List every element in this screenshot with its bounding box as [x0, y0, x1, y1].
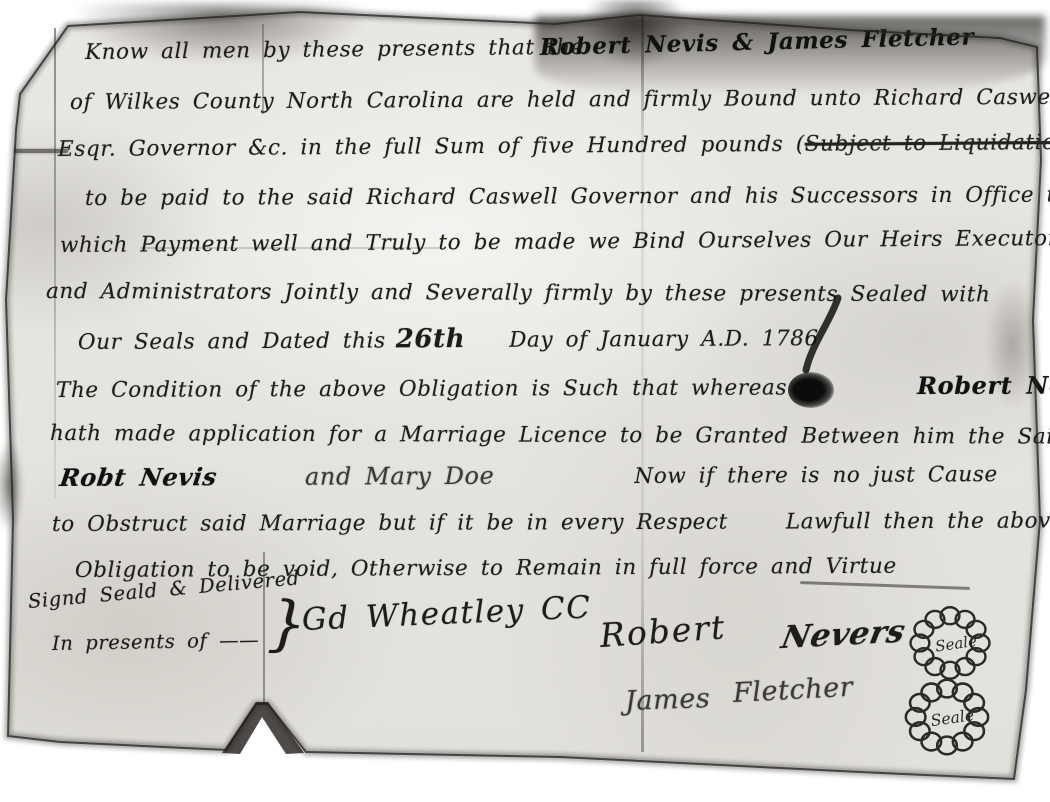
bond-day-number: 26th	[396, 324, 466, 354]
bond-date-text: Day of January A.D. 1786	[509, 326, 819, 353]
bond-line-3-text: Esqr. Governor &c. in the full Sum of fi…	[58, 132, 805, 162]
no-just-cause-text: Now if there is no just Cause	[634, 462, 998, 489]
groom-name-condition: Robert Nevis	[917, 370, 1050, 400]
dated-this-text: Our Seals and Dated this	[78, 328, 386, 355]
bond-line-7: Our Seals and Dated this26thDay of Janua…	[78, 322, 819, 356]
seal-2-label: Seale	[929, 705, 975, 730]
document-scan: Know all men by these presents that the …	[0, 0, 1050, 802]
bond-line-6: and Administrators Jointly and Severally…	[46, 279, 991, 307]
bond-line-1: Know all men by these presents that the	[85, 35, 584, 65]
bond-line-4: to be paid to the said Richard Caswell G…	[85, 183, 1050, 211]
in-presents-of-text: In presents of ——	[52, 628, 260, 655]
seal-1-label: Seale	[934, 632, 978, 656]
struck-out-clause: Subject to Liquidation	[805, 130, 1050, 157]
bride-name: and Mary Doe	[305, 462, 495, 491]
lawfull-clause-text: Lawfull then the above	[786, 508, 1050, 534]
condition-clause-text: The Condition of the above Obligation is…	[56, 375, 787, 403]
bond-line-10: Robt Nevisand Mary DoeNow if there is no…	[60, 458, 998, 492]
line10-gap-2	[494, 483, 634, 484]
bond-line-2: of Wilkes County North Carolina are held…	[70, 85, 1050, 115]
bond-line-8: The Condition of the above Obligation is…	[56, 370, 1050, 403]
signature-fletcher: Fletcher	[732, 672, 854, 709]
groom-name: Robt Nevis	[58, 462, 219, 492]
signature-james: James	[624, 683, 710, 717]
signature-nevers-scrawl: Nevers	[778, 613, 908, 656]
bond-line-1-text: Know all men by these presents that the	[85, 35, 584, 65]
bond-line-9: hath made application for a Marriage Lic…	[50, 421, 1050, 450]
bond-line-11: to Obstruct said Marriage but if it be i…	[52, 508, 1050, 537]
obstruct-clause-text: to Obstruct said Marriage but if it be i…	[52, 510, 728, 537]
wax-seal-drawing-2: Seale	[898, 672, 996, 762]
